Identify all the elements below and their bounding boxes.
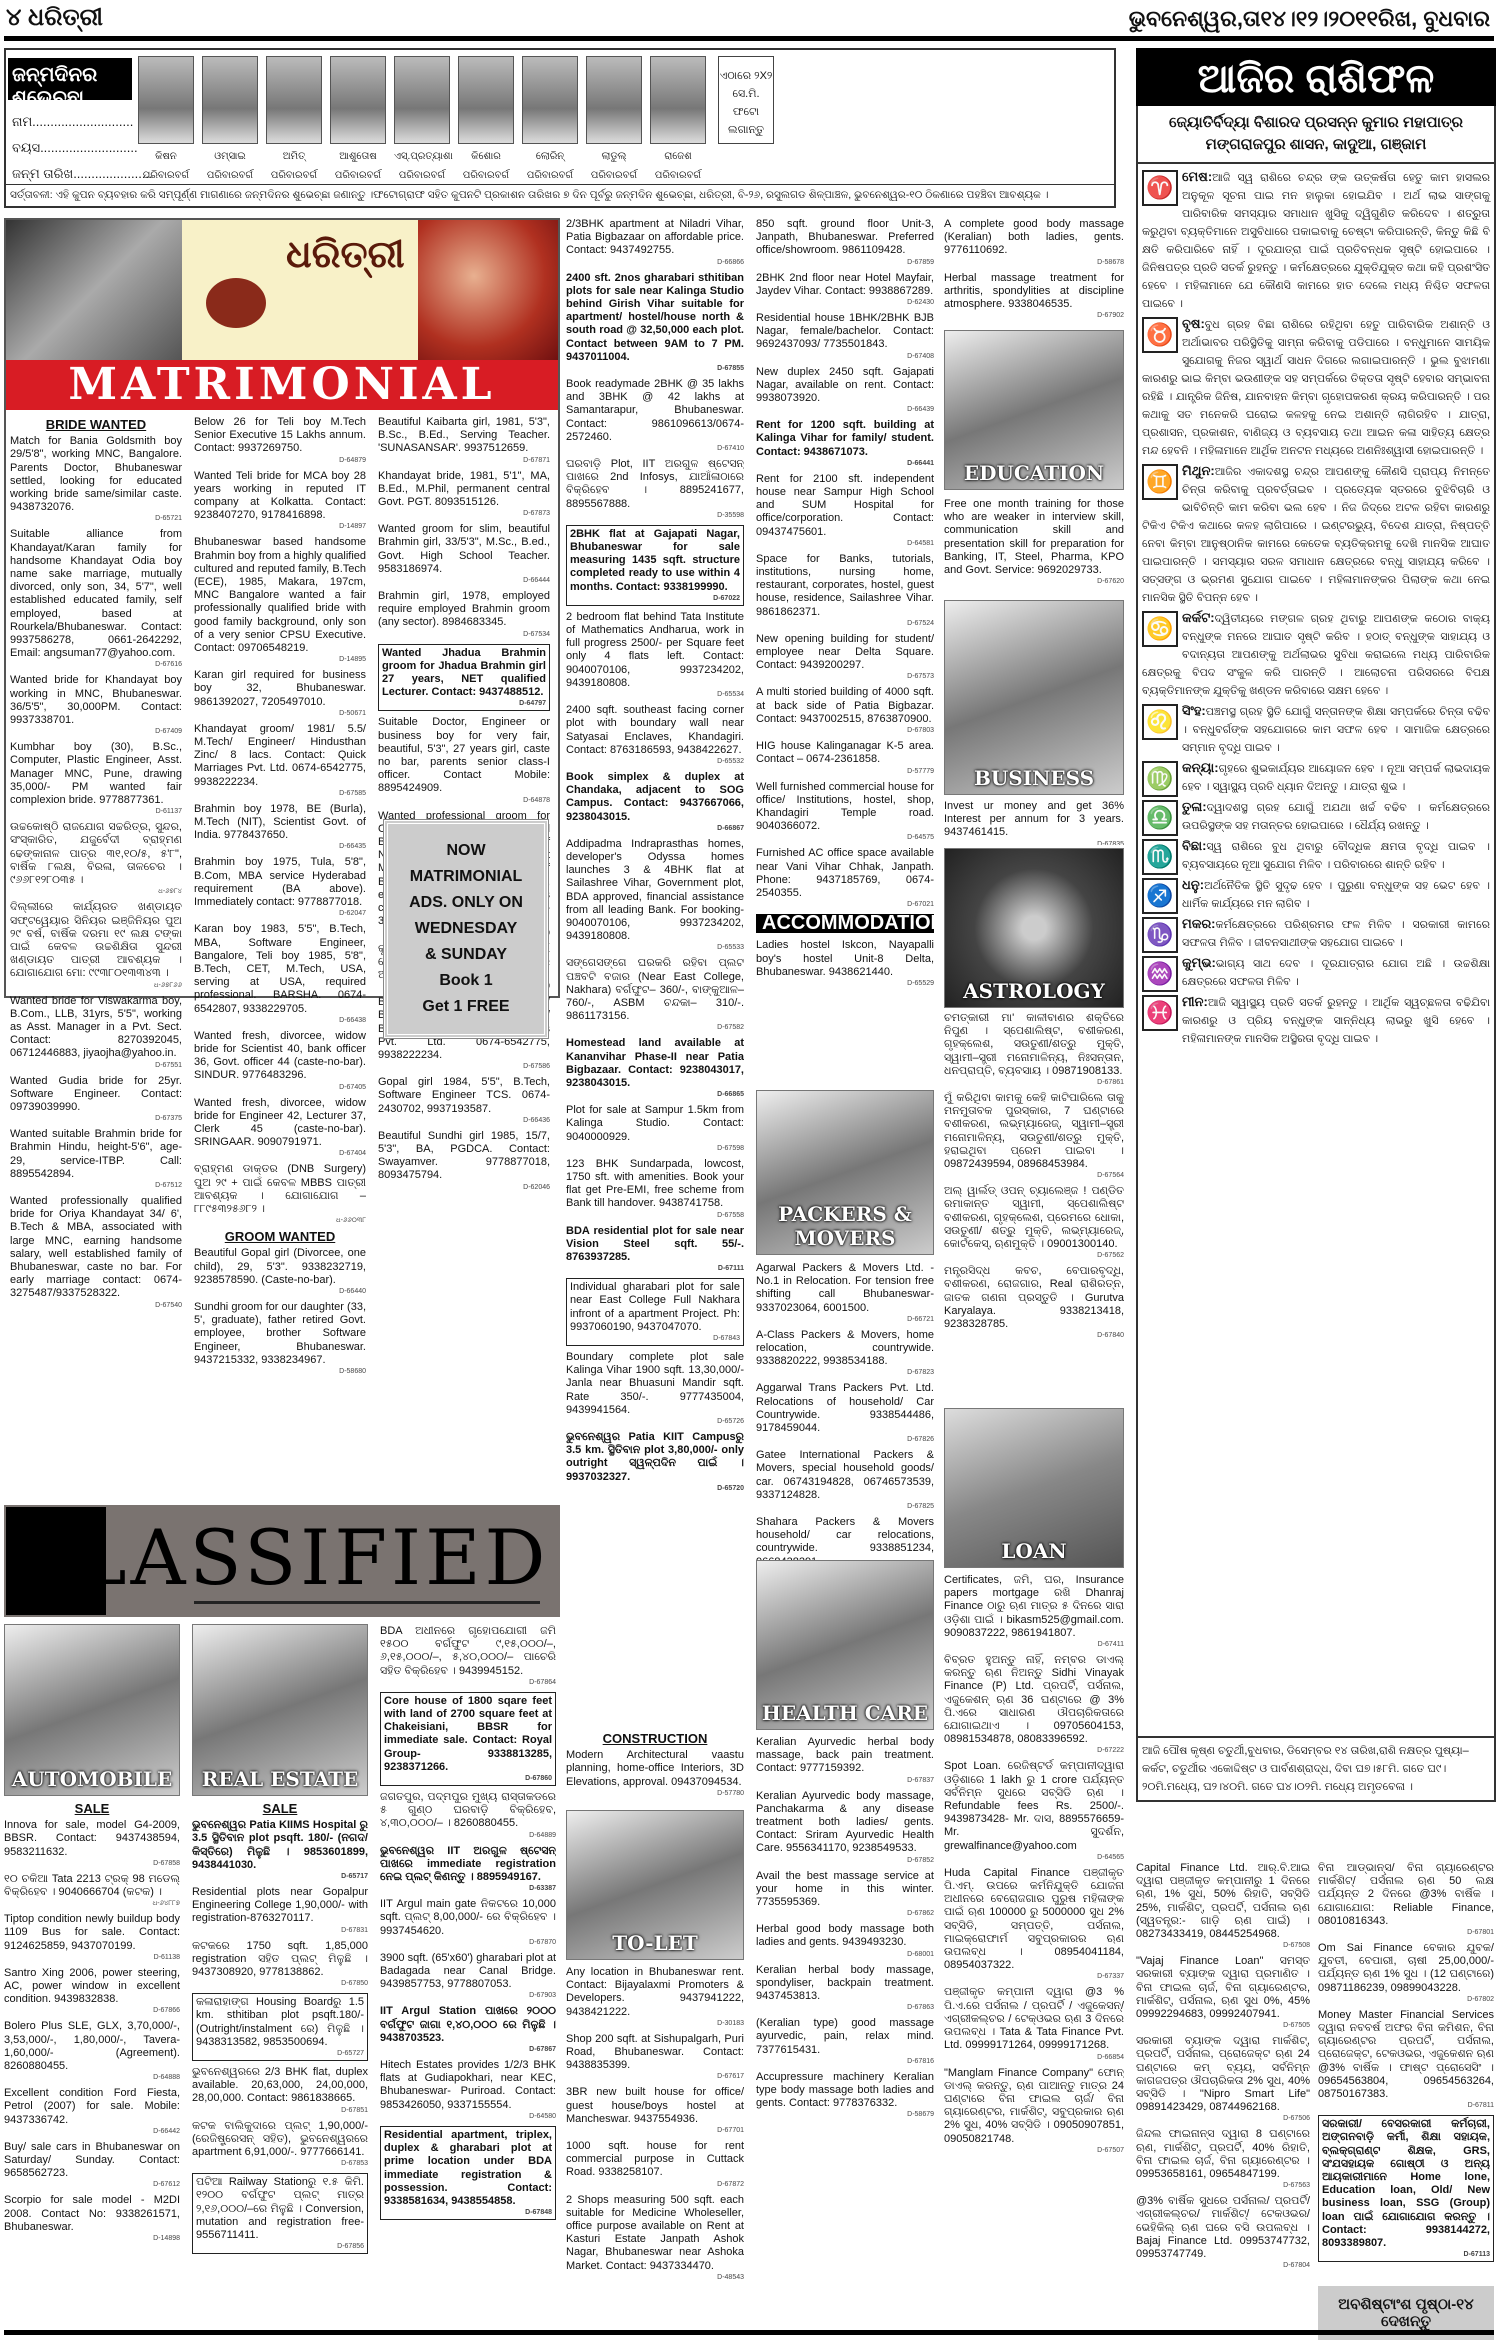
classified-ad: Keralian Ayurvedic body massage, Panchak… [756, 1790, 934, 1865]
ad-text: Well furnished commercial house for offi… [756, 781, 934, 833]
ad-code: D-67811 [1318, 2101, 1494, 2110]
classified-ad: ଜଗତପୁର, ପଦ୍ମପୁର ମୁଖ୍ୟ ରାସ୍ତାକଡରେ ୫ ଗୁଣ୍ଠ… [380, 1791, 556, 1840]
ad-text: Book readymade 2BHK @ 35 lakhs and 3BHK … [566, 378, 744, 443]
ad-text: Residential plots near Gopalpur Engineer… [192, 1886, 368, 1924]
zodiac-icon: ♓ [1142, 995, 1178, 1031]
ad-text: Santro Xing 2006, power steering, AC, po… [4, 1967, 180, 2005]
horoscope-sign: ♌ସିଂହ:ପଞ୍ଚମସ୍ଥ ଗ୍ରହ ସ୍ଥିତି ଯୋଗୁଁ ସନ୍ତାନଙ… [1142, 702, 1490, 757]
ad-text: ଭୁବନେଶ୍ୱର IIT ଅରଗୁଳ ଷ୍ଟେସନ୍‌ ପାଖରେ immed… [380, 1845, 556, 1883]
classified-ad: Sundhi groom for our daughter (33, 5', g… [194, 1301, 366, 1376]
ad-code: D-67803 [756, 726, 934, 735]
child-photo-card: ଅମିତ୍‌ପରିବାରବର୍ଗ [266, 56, 322, 182]
ad-text: Residential apartment, triplex, duplex &… [384, 2129, 552, 2207]
ad-text: ସରକାରୀ ବ୍ୟାଙ୍କ ଦ୍ୱାରା ମାର୍କଶିଟ୍‌, ପ୍ରପର୍… [1136, 2035, 1310, 2113]
classified-ad: Wanted bride for Viswakarma boy, B.Com.,… [10, 995, 182, 1070]
ad-code: D-67873 [378, 509, 550, 518]
ad-code: D-67505 [1136, 2021, 1310, 2030]
child-photo-card: ଲାଡୁଲ୍‌ପରିବାରବର୍ଗ [586, 56, 642, 182]
child-photo-card: କିଷନପରିବାରବର୍ଗ [138, 56, 194, 182]
classified-ad: ଭୁବନେଶ୍ୱର IIT ଅରଗୁଳ ଷ୍ଟେସନ୍‌ ପାଖରେ immed… [380, 1845, 556, 1894]
ad-code: D-65717 [192, 1872, 368, 1881]
classified-ad: Karan boy 1983, 5'5", B.Tech, MBA, Softw… [194, 923, 366, 1024]
drum-icon [206, 278, 266, 328]
ad-text: ମନ୍ତ୍ରସିଦ୍ଧ କବଚ, ବେପାରବୃଦ୍ଧି, ବଶୀକରଣ, ରୋ… [944, 1265, 1124, 1330]
ad-text: Accupressure machinery Keralian type bod… [756, 2071, 934, 2109]
ad-code: D-67870 [380, 1938, 556, 1947]
ad-text: 3900 sqft. (65'x60') gharabari plot at B… [380, 1952, 556, 1990]
zodiac-icon: ♍ [1142, 761, 1178, 797]
bride-photo [418, 220, 558, 360]
classified-ad: Shahara Packers & Movers household/ car … [756, 1516, 934, 1562]
section-heading: GROOM WANTED [194, 1230, 366, 1243]
automobile-column: SALEInnova for sale, model G4-2009, BBSR… [4, 1800, 180, 2330]
ad-text: 1000 sqft. house for rent commercial pur… [566, 2140, 744, 2178]
astrologer-credit: ଜ୍ୟୋତିର୍ବିଦ୍ୟା ବିଶାରଦ ପ୍ରସନ୍ନ କୁମାର ମହାପ… [1136, 106, 1496, 164]
ad-text: Residential house 1BHK/2BHK BJB Nagar, f… [756, 312, 934, 350]
ad-code: D-67840 [944, 1331, 1124, 1340]
ad-text: Ladies hostel Iskcon, Nayapalli boy's ho… [756, 939, 934, 977]
ad-code: D-61137 [10, 807, 182, 816]
classified-ad: କଟକ ବାଲିକୁଦାରେ ପ୍ଲଟ୍‌ 1,90,000/- (ରେଜିଷ୍… [192, 2120, 368, 2169]
age-field: ବୟସ........................... [12, 140, 138, 156]
classified-ad: 850 sqft. ground floor Unit-3, Janpath, … [756, 218, 934, 267]
classified-ad: 1000 sqft. house for rent commercial pur… [566, 2140, 744, 2189]
ad-text: Agarwal Packers & Movers Ltd. - No.1 in … [756, 1262, 934, 1314]
ad-code: D-67563 [1136, 2181, 1310, 2190]
finance-column-b: ବିନା ଆଡ୍‌ଭାନ୍ସ/ ବିନା ଗ୍ୟାରେଣ୍ଟର ମାର୍କଶିଟ… [1318, 1862, 1494, 2282]
ad-code: D-67856 [196, 2242, 364, 2251]
horoscope-sign: ♏ବିଛା:ସ୍ୱ ରାଶିରେ ବୁଧ ଥିବାରୁ ବୌଦ୍ଧିକ କ୍ଷମ… [1142, 837, 1490, 874]
ad-text: ଘରବାଡ଼ି Plot, IIT ଅରଗୁଳ ଷ୍ଟେସନ୍ ପାଖରେ 2n… [566, 458, 744, 510]
classified-ad: କଳାରାହାଙ୍ଗ Housing Boardରୁ 1.5 km. sthit… [192, 1993, 368, 2061]
classified-ad: Wanted Jhadua Brahmin groom for Jhadua B… [378, 644, 550, 712]
ad-text: Wanted Teli bride for MCA boy 28 years w… [194, 470, 366, 522]
ad-code: D-64889 [380, 1831, 556, 1840]
ad-code: D-67512 [10, 1181, 182, 1190]
classified-ad: BDA ଅଧୀନରେ ଗୃହୋପଯୋଗୀ ଜମି ୧୫୦୦ ବର୍ଗଫୁଟ ୯,… [380, 1625, 556, 1687]
ad-code: D-67837 [756, 1776, 934, 1785]
classified-ad: Certificates, ଜମି, ଘର, Insurance papers … [944, 1574, 1124, 1649]
horoscope-sign: ♉ବୃଷ:ବୁଧ ଗ୍ରହ ବିଛା ରାଶିରେ ରହିଥିବା ହେତୁ ପ… [1142, 315, 1490, 460]
ad-code: D-14895 [194, 655, 366, 664]
child-photo-card: ଲୋରିନ୍‌ପରିବାରବର୍ଗ [522, 56, 578, 182]
ad-code: D-48543 [566, 2273, 744, 2282]
ad-text: IIT Argul main gate ନିକଟରେ 10,000 sqft. … [380, 1898, 556, 1936]
ad-code: D-67804 [1136, 2261, 1310, 2270]
ad-text: Brahmin girl, 1978, employed require emp… [378, 590, 550, 628]
ad-code: D-67862 [756, 1909, 934, 1918]
mid-property-column: BDA ଅଧୀନରେ ଗୃହୋପଯୋଗୀ ଜମି ୧୫୦୦ ବର୍ଗଫୁଟ ୯,… [380, 1625, 556, 2330]
classified-ad: New opening building for student/ employ… [756, 633, 934, 682]
classified-ad: Tiptop condition newly buildup body 1109… [4, 1913, 180, 1962]
ad-code: D-50671 [194, 709, 366, 718]
ad-text: Suitable alliance from Khandayat/Karan f… [10, 528, 182, 659]
ad-text: Spot Loan. ରେଜିଷ୍ଟର୍ଡ କମ୍ପାନୀଦ୍ୱାରା ଓଡ଼ି… [944, 1760, 1124, 1851]
matrimonial-col-2: Below 26 for Teli boy M.Tech Senior Exec… [194, 416, 366, 1381]
astrology-image: ASTROLOGY [944, 848, 1124, 1008]
ad-text: ଭୁବନେଶ୍ୱର Patia KIIMS Hospital ରୁ 3.5 ସ୍… [192, 1819, 368, 1871]
ad-code: D-58678 [944, 258, 1124, 267]
ad-text: Wanted professionally qualified bride fo… [10, 1195, 182, 1299]
ad-code: D-67867 [380, 2045, 556, 2054]
ad-code: D-63387 [380, 1884, 556, 1893]
horoscope-body: ♈ମେଷ:ଆଜି ସ୍ୱ ରାଶିରେ ଚନ୍ଦ୍ର ଙ୍କ ଉତ୍କର୍ଷତା… [1136, 164, 1496, 1738]
matrimonial-col-3: Beautiful Kaibarta girl, 1981, 5'3", B.S… [378, 416, 550, 1197]
ad-text: IIT Argul Station ପାଖରେ ୨୦୦୦ ବର୍ଗଫୁଟ ଜାଗ… [380, 2005, 556, 2043]
classified-ad: Herbal massage treatment for arthritis, … [944, 272, 1124, 321]
to-let-image: TO-LET [566, 1810, 744, 1960]
classified-ad: Herbal good body massage both ladies and… [756, 1923, 934, 1958]
ad-text: Keralian Ayurvedic herbal body massage, … [756, 1736, 934, 1774]
classified-ad: Excellent condition Ford Fiesta, Petrol … [4, 2087, 180, 2136]
child-photo [330, 56, 386, 144]
classified-ad: Kumbhar boy (30), B.Sc., Computer, Plast… [10, 741, 182, 816]
ad-text: Plot for sale at Sampur 1.5km from Kalin… [566, 1104, 744, 1142]
classified-ad: Keralian herbal body massage, spondylise… [756, 1964, 934, 2013]
classified-ad: Individual gharabari plot for sale near … [566, 1278, 744, 1346]
classified-ad: Below 26 for Teli boy M.Tech Senior Exec… [194, 416, 366, 465]
ad-code: D-67826 [756, 1435, 934, 1444]
ad-text: ୧୦ ଚକିଆ Tata 2213 ଟ୍ରକ୍‌ 98 ମଡେଲ୍‌ ବିକ୍ର… [4, 1873, 180, 1898]
classified-ad: ଭୁବନେଶ୍ୱର Patia KIIT Campusରୁ 3.5 km. ସ୍… [566, 1431, 744, 1493]
classified-ad: Any location in Bhubaneswar rent. Contac… [566, 1966, 744, 2028]
zodiac-icon: ♌ [1142, 704, 1178, 740]
classified-ad: Book readymade 2BHK @ 35 lakhs and 3BHK … [566, 378, 744, 453]
ad-text: Individual gharabari plot for sale near … [570, 1281, 740, 1333]
child-photo-card: ଓମ୍‌ସାଇପରିବାରବର୍ଗ [202, 56, 258, 182]
classified-ad: ମୁଁ କରିଥିବା କାମକୁ କେହି କାଟିପାରିଲେ ତାକୁ ମ… [944, 1092, 1124, 1180]
sign-name: ଧନୁ: [1182, 877, 1204, 892]
child-photo-card: ଆଶୁତୋଷପରିବାରବର୍ଗ [330, 56, 386, 182]
ad-text: Scorpio for sale model - M2DI 2008. Cont… [4, 2194, 180, 2232]
ad-code: D-67551 [10, 1061, 182, 1070]
ad-text: Khandayat bride, 1981, 5'1", MA, B.Ed., … [378, 470, 550, 508]
ad-code: D-67866 [4, 2006, 180, 2015]
ad-code: D-66442 [4, 2127, 180, 2136]
classified-ad: Bolero Plus SLE, GLX, 3,70,000/-, 3,53,0… [4, 2020, 180, 2082]
ad-text: Karan boy 1983, 5'5", B.Tech, MBA, Softw… [194, 923, 366, 1014]
ad-text: Wanted fresh, divorcee, widow bride for … [194, 1030, 366, 1082]
classified-ad: 2/3BHK apartment at Niladri Vihar, Patia… [566, 218, 744, 267]
classified-ad: Gopal girl 1984, 5'5", B.Tech, Software … [378, 1076, 550, 1125]
classified-ad: Homestead land available at Kananvihar P… [566, 1037, 744, 1099]
ad-code: D-65726 [566, 1417, 744, 1426]
ad-text: Capital Finance Ltd. ଆର୍‌.ବି.ଆଇ ଦ୍ୱାରା ପ… [1136, 1862, 1310, 1940]
classified-ad: Beautiful Sundhi girl 1985, 15/7, 5'3", … [378, 1130, 550, 1192]
classified-ad: Suitable Doctor, Engineer or business bo… [378, 716, 550, 804]
ad-text: Any location in Bhubaneswar rent. Contac… [566, 1966, 744, 2018]
ad-text: "Vajaj Finance Loan" ସମସ୍ତ ସରକାରୀ ବ୍ୟାଙ୍… [1136, 1955, 1310, 2020]
classified-ad: A multi storied building of 4000 sqft. a… [756, 686, 934, 735]
classified-ad: Space for Banks, tutorials, institutions… [756, 553, 934, 628]
matrimonial-col-1: BRIDE WANTEDMatch for Bania Goldsmith bo… [10, 416, 182, 1315]
ad-code: D-62046 [378, 1183, 550, 1192]
classified-ad: Shop 200 sqft. at Sishupalgarh, Puri Roa… [566, 2033, 744, 2082]
sign-text: ଦ୍ୱାଦଶସ୍ଥ ଗ୍ରହ ଯୋଗୁଁ ଅଯଥା ଖର୍ଚ୍ଚ ବଢିବ । … [1182, 802, 1490, 832]
ad-text: Innova for sale, model G4-2009, BBSR. Co… [4, 1819, 180, 1857]
ad-text: Excellent condition Ford Fiesta, Petrol … [4, 2087, 180, 2125]
classified-ad: ଘରବାଡ଼ି Plot, IIT ଅରଗୁଳ ଷ୍ଟେସନ୍ ପାଖରେ 2n… [566, 458, 744, 520]
classified-ad: Addipadma Indraprasthas homes, developer… [566, 838, 744, 953]
sign-text: ଦ୍ୱିତୀୟରେ ମଙ୍ଗଳ ଗ୍ରହ ଥିବାରୁ ଆପଣଙ୍କ କଠୋର … [1142, 613, 1490, 697]
classified-ad: Buy/ sale cars in Bhubaneswar on Saturda… [4, 2141, 180, 2190]
ad-text: Shahara Packers & Movers household/ car … [756, 1516, 934, 1562]
ad-code: D-67506 [1136, 2114, 1310, 2123]
sign-text: ଆଜି ସ୍ୱ ରାଶିରେ ଚନ୍ଦ୍ର ଙ୍କ ଉତ୍କର୍ଷତା ହେତୁ… [1142, 172, 1490, 310]
ad-code: D-67903 [380, 1991, 556, 2000]
ad-code: D-65721 [10, 514, 182, 523]
classified-ad: 2 Shops measuring 500 sqft. each suitabl… [566, 2194, 744, 2282]
classified-ad: ବ୍ରାହ୍ମଣ ଡାକ୍ତର (DNB Surgery) ପୁଅ ୨୯ + ପ… [194, 1163, 366, 1225]
child-photo [266, 56, 322, 144]
classified-ad: Rent for 2100 sft. independent house nea… [756, 473, 934, 548]
ad-text: Certificates, ଜମି, ଘର, Insurance papers … [944, 1574, 1124, 1639]
ad-code: D-67022 [570, 594, 740, 603]
loan-column: Certificates, ଜମି, ଘର, Insurance papers … [944, 1574, 1124, 2334]
health-care-image: HEALTH CARE [756, 1560, 934, 1730]
ad-code: D-67558 [566, 1211, 744, 1220]
ad-code: D-67848 [384, 2208, 552, 2217]
property-column: 2/3BHK apartment at Niladri Vihar, Patia… [566, 218, 744, 1498]
horoscope-section: ଆଜିର ରାଶିଫଳ ଜ୍ୟୋତିର୍ବିଦ୍ୟା ବିଶାରଦ ପ୍ରସନ୍… [1136, 48, 1496, 1898]
ad-code: D-67620 [944, 577, 1124, 586]
classified-ad: Brahmin boy 1975, Tula, 5'8", B.Com, MBA… [194, 856, 366, 918]
classified-ad: Brahmin boy 1978, BE (Burla), M.Tech (NI… [194, 803, 366, 852]
ad-text: Furnished AC office space available near… [756, 847, 934, 899]
ad-code: D-67855 [566, 364, 744, 373]
horoscope-sign: ♓ମୀନ:ଆଜି ସ୍ୱାସ୍ଥ୍ୟ ପ୍ରତି ସତର୍କ ରୁହନ୍ତୁ ।… [1142, 993, 1490, 1048]
ad-text: Free one month training for those who ar… [944, 498, 1124, 576]
ad-code: D-67408 [756, 352, 934, 361]
ad-text: Space for Banks, tutorials, institutions… [756, 553, 934, 618]
classified-ad: Scorpio for sale model - M2DI 2008. Cont… [4, 2194, 180, 2243]
classified-ad: Wanted bride for Khandayat boy working i… [10, 674, 182, 736]
wedding-photo [6, 220, 182, 360]
ad-code: ଧ-୬୪୮୮୭ [4, 1899, 180, 1908]
ad-text: Wanted Jhadua Brahmin groom for Jhadua B… [382, 647, 546, 699]
classified-ad: A-Class Packers & Movers, home relocatio… [756, 1329, 934, 1378]
classified-ad: ମନ୍ତ୍ରସିଦ୍ଧ କବଚ, ବେପାରବୃଦ୍ଧି, ବଶୀକରଣ, ରୋ… [944, 1265, 1124, 1340]
ad-text: Sundhi groom for our daughter (33, 5', g… [194, 1301, 366, 1366]
child-photo [202, 56, 258, 144]
ad-code: D-57779 [756, 767, 934, 776]
ad-text: ଜିନ୍ଦଲ ଫାଇନାନ୍ସ ଦ୍ୱାରା 8 ଘଣ୍ଟାରେ ଋଣ, ମାର… [1136, 2128, 1310, 2180]
classified-ad: Invest ur money and get 36% Interest per… [944, 800, 1124, 845]
sign-text: ଭାଗ୍ୟ ସାଥ ଦେବ । ଦୂରଯାତ୍ରାର ଯୋଗ ଅଛି । ଉଚ୍… [1182, 958, 1490, 988]
classified-ad: ଜିନ୍ଦଲ ଫାଇନାନ୍ସ ଦ୍ୱାରା 8 ଘଣ୍ଟାରେ ଋଣ, ମାର… [1136, 2128, 1310, 2190]
business-image: BUSINESS [944, 600, 1124, 795]
ad-text: Core house of 1800 sqare feet with land … [384, 1695, 552, 1773]
zodiac-icon: ♒ [1142, 956, 1178, 992]
classified-ad: Match for Bania Goldsmith boy 29/5'8", w… [10, 435, 182, 523]
classified-ad: Aggarwal Trans Packers Pvt. Ltd. Relocat… [756, 1382, 934, 1444]
classified-ad: Avail the best massage service at your h… [756, 1870, 934, 1919]
child-photo-card: ଏସ୍‌.ପ୍ରତ୍ୟାଶାପରିବାରବର୍ଗ [394, 56, 450, 182]
classified-ad: ୧୦ ଚକିଆ Tata 2213 ଟ୍ରକ୍‌ 98 ମଡେଲ୍‌ ବିକ୍ର… [4, 1873, 180, 1908]
ad-text: କଟକ ବାଲିକୁଦାରେ ପ୍ଲଟ୍‌ 1,90,000/- (ରେଜିଷ୍… [192, 2120, 368, 2158]
classified-ad: @3% ବାର୍ଷିକ ସୁଧରେ ପର୍ସନାଲ/ ପ୍ରପର୍ଟି/ ଏଗ୍… [1136, 2195, 1310, 2270]
section-heading: SALE [192, 1802, 368, 1815]
ad-text: Gopal girl 1984, 5'5", B.Tech, Software … [378, 1076, 550, 1114]
classified-ad: Hitech Estates provides 1/2/3 BHK flats … [380, 2059, 556, 2121]
ad-code: D-67617 [566, 2072, 744, 2081]
almanac: ଆଜି ପୌଷ କୃଷ୍ଣ ଚତୁର୍ଥୀ,ବୁଧବାର, ଡିସେମ୍ବର ୧… [1136, 1738, 1496, 1802]
ad-code: D-64888 [4, 2073, 180, 2082]
ad-text: Rent for 1200 sqft. building at Kalinga … [756, 419, 934, 457]
horoscope-sign: ♍କନ୍ୟା:ଗୃହରେ ଶୁଭକାର୍ଯ୍ୟର ଆୟୋଜନ ହେବ । ନୂଆ… [1142, 759, 1490, 796]
horoscope-sign: ♊ମିଥୁନ:ଆଜିର ଏକାଦଶସ୍ଥ ଚନ୍ଦ୍ର ଆପଣଙ୍କୁ କୌଣସ… [1142, 462, 1490, 607]
education-column: Free one month training for those who ar… [944, 498, 1124, 598]
sign-text: ସ୍ୱ ରାଶିରେ ବୁଧ ଥିବାରୁ ବୌଦ୍ଧିକ କ୍ଷମତା ବୃଦ… [1182, 841, 1490, 871]
classified-ad: ଭୁବନେଶ୍ୱରରେ 2/3 BHK flat, duplex availab… [192, 2066, 368, 2115]
ad-code: D-67859 [756, 258, 934, 267]
sign-name: ମିଥୁନ: [1182, 463, 1215, 478]
classified-ad: Plot for sale at Sampur 1.5km from Kalin… [566, 1104, 744, 1153]
ad-text: Brahmin boy 1975, Tula, 5'8", B.Com, MBA… [194, 856, 366, 908]
classified-ad: Boundary complete plot sale Kalinga Viha… [566, 1351, 744, 1426]
sign-name: ବିଛା: [1182, 838, 1206, 853]
ad-code: D-67534 [378, 630, 550, 639]
ad-code: D-57780 [566, 1789, 744, 1798]
ad-code: D-67872 [566, 2180, 744, 2189]
ad-code: D-67843 [570, 1334, 740, 1343]
classified-ad: Accupressure machinery Keralian type bod… [756, 2071, 934, 2120]
ad-code: D-67871 [378, 456, 550, 465]
ad-text: (Keralian type) good massage ayurvedic, … [756, 2017, 934, 2055]
child-photo [138, 56, 194, 144]
sign-name: କୁମ୍ଭ: [1182, 955, 1216, 970]
ad-text: Match for Bania Goldsmith boy 29/5'8", w… [10, 435, 182, 513]
ad-text: ବିନା ଆଡ୍‌ଭାନ୍ସ/ ବିନା ଗ୍ୟାରେଣ୍ଟର ମାର୍କଶିଟ… [1318, 1862, 1494, 1927]
ad-code: D-67586 [378, 1062, 550, 1071]
ad-text: Khandayat groom/ 1981/ 5.5/ M.Tech/ Engi… [194, 723, 366, 788]
ad-text: Below 26 for Teli boy M.Tech Senior Exec… [194, 416, 366, 454]
business-column: Invest ur money and get 36% Interest per… [944, 800, 1124, 845]
zodiac-icon: ♊ [1142, 464, 1178, 500]
ad-code: D-67404 [194, 1149, 366, 1158]
ad-text: କଳାରାହାଙ୍ଗ Housing Boardରୁ 1.5 km. sthit… [196, 1996, 364, 2048]
classified-ad: "Manglam Finance Company" ଫୋନ୍‌ ଡାଏଲ୍‌ କ… [944, 2067, 1124, 2155]
section-heading: SALE [4, 1802, 180, 1815]
ad-code: D-67835 [944, 840, 1124, 845]
ad-text: ସଙ୍ଗେସଙ୍ଗେ ଘରକରି ରହିବା ପ୍ଲଟ ପଞ୍ଚବଟି ବଜାର… [566, 957, 744, 1022]
classified-ad: 3900 sqft. (65'x60') gharabari plot at B… [380, 1952, 556, 2001]
ad-text: Brahmin boy 1978, BE (Burla), M.Tech (NI… [194, 803, 366, 841]
classified-ad: Residential plots near Gopalpur Engineer… [192, 1886, 368, 1935]
ad-code: D-64565 [944, 1853, 1124, 1862]
child-photo [458, 56, 514, 144]
education-image: EDUCATION [944, 330, 1124, 490]
horoscope-sign: ♋କର୍କଟ:ଦ୍ୱିତୀୟରେ ମଙ୍ଗଳ ଗ୍ରହ ଥିବାରୁ ଆପଣଙ୍… [1142, 609, 1490, 700]
classified-ad: Wanted professionally qualified bride fo… [10, 1195, 182, 1310]
ad-code: D-67562 [944, 1251, 1124, 1260]
ad-code: D-67573 [756, 672, 934, 681]
ad-code: D-67864 [380, 1678, 556, 1687]
ad-code: D-35598 [566, 511, 744, 520]
ad-code: D-67564 [944, 1171, 1124, 1180]
ad-text: Homestead land available at Kananvihar P… [566, 1037, 744, 1089]
construction-section: CONSTRUCTIONModern Architectural vaastu … [566, 1730, 744, 1800]
page-label: ୪ ଧରିତ୍ରୀ [6, 4, 103, 32]
ad-code: D-67540 [10, 1301, 182, 1310]
child-photo [522, 56, 578, 144]
ad-code: D-67524 [756, 619, 934, 628]
ad-text: 123 BHK Sundarpada, lowcost, 1750 sft. w… [566, 1158, 744, 1210]
packers-movers-image: PACKERS & MOVERS [756, 1090, 934, 1255]
ad-code: D-66439 [756, 405, 934, 414]
real-estate-column: SALEଭୁବନେଶ୍ୱର Patia KIIMS Hospital ରୁ 3.… [192, 1800, 368, 2330]
ad-code: D-67850 [192, 1979, 368, 1988]
packers-column: Agarwal Packers & Movers Ltd. - No.1 in … [756, 1262, 934, 1562]
ad-code: D-67113 [1322, 2250, 1490, 2259]
classified-ad: ବିବ୍ରତ ହୁଅନ୍ତୁ ନାହିଁ, ନମ୍ବର ଡାଏଲ୍‌ କରନ୍ତ… [944, 1654, 1124, 1755]
ad-code: D-67410 [566, 444, 744, 453]
health-care-column: Keralian Ayurvedic herbal body massage, … [756, 1736, 934, 2336]
ad-code: D-67508 [1136, 1941, 1310, 1950]
classified-ad: Wanted fresh, divorcee, widow bride for … [194, 1030, 366, 1092]
section-heading: CONSTRUCTION [566, 1732, 744, 1745]
ad-code: D-66435 [194, 842, 366, 851]
classified-ad: "Vajaj Finance Loan" ସମସ୍ତ ସରକାରୀ ବ୍ୟାଙ୍… [1136, 1955, 1310, 2030]
classified-ad: Wanted Teli bride for MCA boy 28 years w… [194, 470, 366, 532]
ad-text: A-Class Packers & Movers, home relocatio… [756, 1329, 934, 1367]
ad-code: D-67507 [944, 2146, 1124, 2155]
ad-text: Beautiful Sundhi girl 1985, 15/7, 5'3", … [378, 1130, 550, 1182]
classified-ad: 2400 sqft. southeast facing corner plot … [566, 704, 744, 766]
ad-text: ଭୁବନେଶ୍ୱର Patia KIIT Campusରୁ 3.5 km. ସ୍… [566, 1431, 744, 1483]
classified-ad: Huda Capital Finance ପଞ୍ଜୀକୃତ ପି.ଏମ୍‌. ଉ… [944, 1867, 1124, 1982]
ad-code: D-66438 [194, 1016, 366, 1025]
classified-ad: ଭୁବନେଶ୍ୱର Patia KIIMS Hospital ରୁ 3.5 ସ୍… [192, 1819, 368, 1881]
ad-text: Suitable Doctor, Engineer or business bo… [378, 716, 550, 794]
ad-code: D-65529 [756, 979, 934, 988]
classified-ad: Khandayat groom/ 1981/ 5.5/ M.Tech/ Engi… [194, 723, 366, 798]
classified-ad: Core house of 1800 sqare feet with land … [380, 1692, 556, 1786]
ad-text: A multi storied building of 4000 sqft. a… [756, 686, 934, 724]
birthday-terms: ସର୍ତ୍ତାବଳୀ: ଏହି କୁପନ ବ୍ୟବହାର କରି ସମ୍ପୂର୍… [6, 184, 1114, 206]
horoscope-sign: ♐ଧନୁ:ଅର୍ଥନୈତିକ ସ୍ଥିତି ସୁଦୃଢ ହେବ । ପୁରୁଣା… [1142, 876, 1490, 913]
automobile-image: AUTOMOBILE [4, 1624, 180, 1796]
ad-text: Buy/ sale cars in Bhubaneswar on Saturda… [4, 2141, 180, 2179]
ad-text: ଚମତ୍କାରୀ ମା' କାଳୀବାଣର ଶକ୍ତିରେ ନିପୁଣ । ସ୍… [944, 1012, 1124, 1077]
ad-code: D-65532 [566, 757, 744, 766]
ad-code: D-30183 [566, 2019, 744, 2028]
ad-code: D-58679 [756, 2110, 934, 2119]
classified-ad: Keralian Ayurvedic herbal body massage, … [756, 1736, 934, 1785]
ad-text: Huda Capital Finance ପଞ୍ଜୀକୃତ ପି.ଏମ୍‌. ଉ… [944, 1867, 1124, 1971]
classified-ad: Wanted fresh, divorcee, widow bride for … [194, 1097, 366, 1159]
classified-ad: Rent for 1200 sqft. building at Kalinga … [756, 419, 934, 468]
ad-code: D-67701 [566, 2126, 744, 2135]
ad-text: Addipadma Indraprasthas homes, developer… [566, 838, 744, 942]
sign-name: ବୃଷ: [1182, 316, 1205, 331]
ad-text: HIG house Kalinganagar K-5 area. Contact… [756, 740, 934, 765]
ad-text: Invest ur money and get 36% Interest per… [944, 800, 1124, 838]
ad-text: 850 sqft. ground floor Unit-3, Janpath, … [756, 218, 934, 256]
ad-code: D-64575 [756, 833, 934, 842]
ad-text: Herbal massage treatment for arthritis, … [944, 272, 1124, 310]
ad-code: D-67825 [756, 1502, 934, 1511]
birthday-greetings-box: ଜନ୍ମଦିନର ଶୁଭେଚ୍ଛା ନାମ...................… [4, 48, 1116, 208]
ad-text: Bolero Plus SLE, GLX, 3,70,000/-, 3,53,0… [4, 2020, 180, 2072]
ad-code: D-67585 [194, 789, 366, 798]
ad-text: BDA ଅଧୀନରେ ଗୃହୋପଯୋଗୀ ଜମି ୧୫୦୦ ବର୍ଗଫୁଟ ୯,… [380, 1625, 556, 1677]
ad-code: D-67021 [756, 900, 934, 909]
loan-image: LOAN [944, 1408, 1124, 1568]
ad-text: 3BR new built house for office/ guest ho… [566, 2086, 744, 2124]
zodiac-icon: ♑ [1142, 917, 1178, 953]
ad-code: D-65533 [566, 943, 744, 952]
